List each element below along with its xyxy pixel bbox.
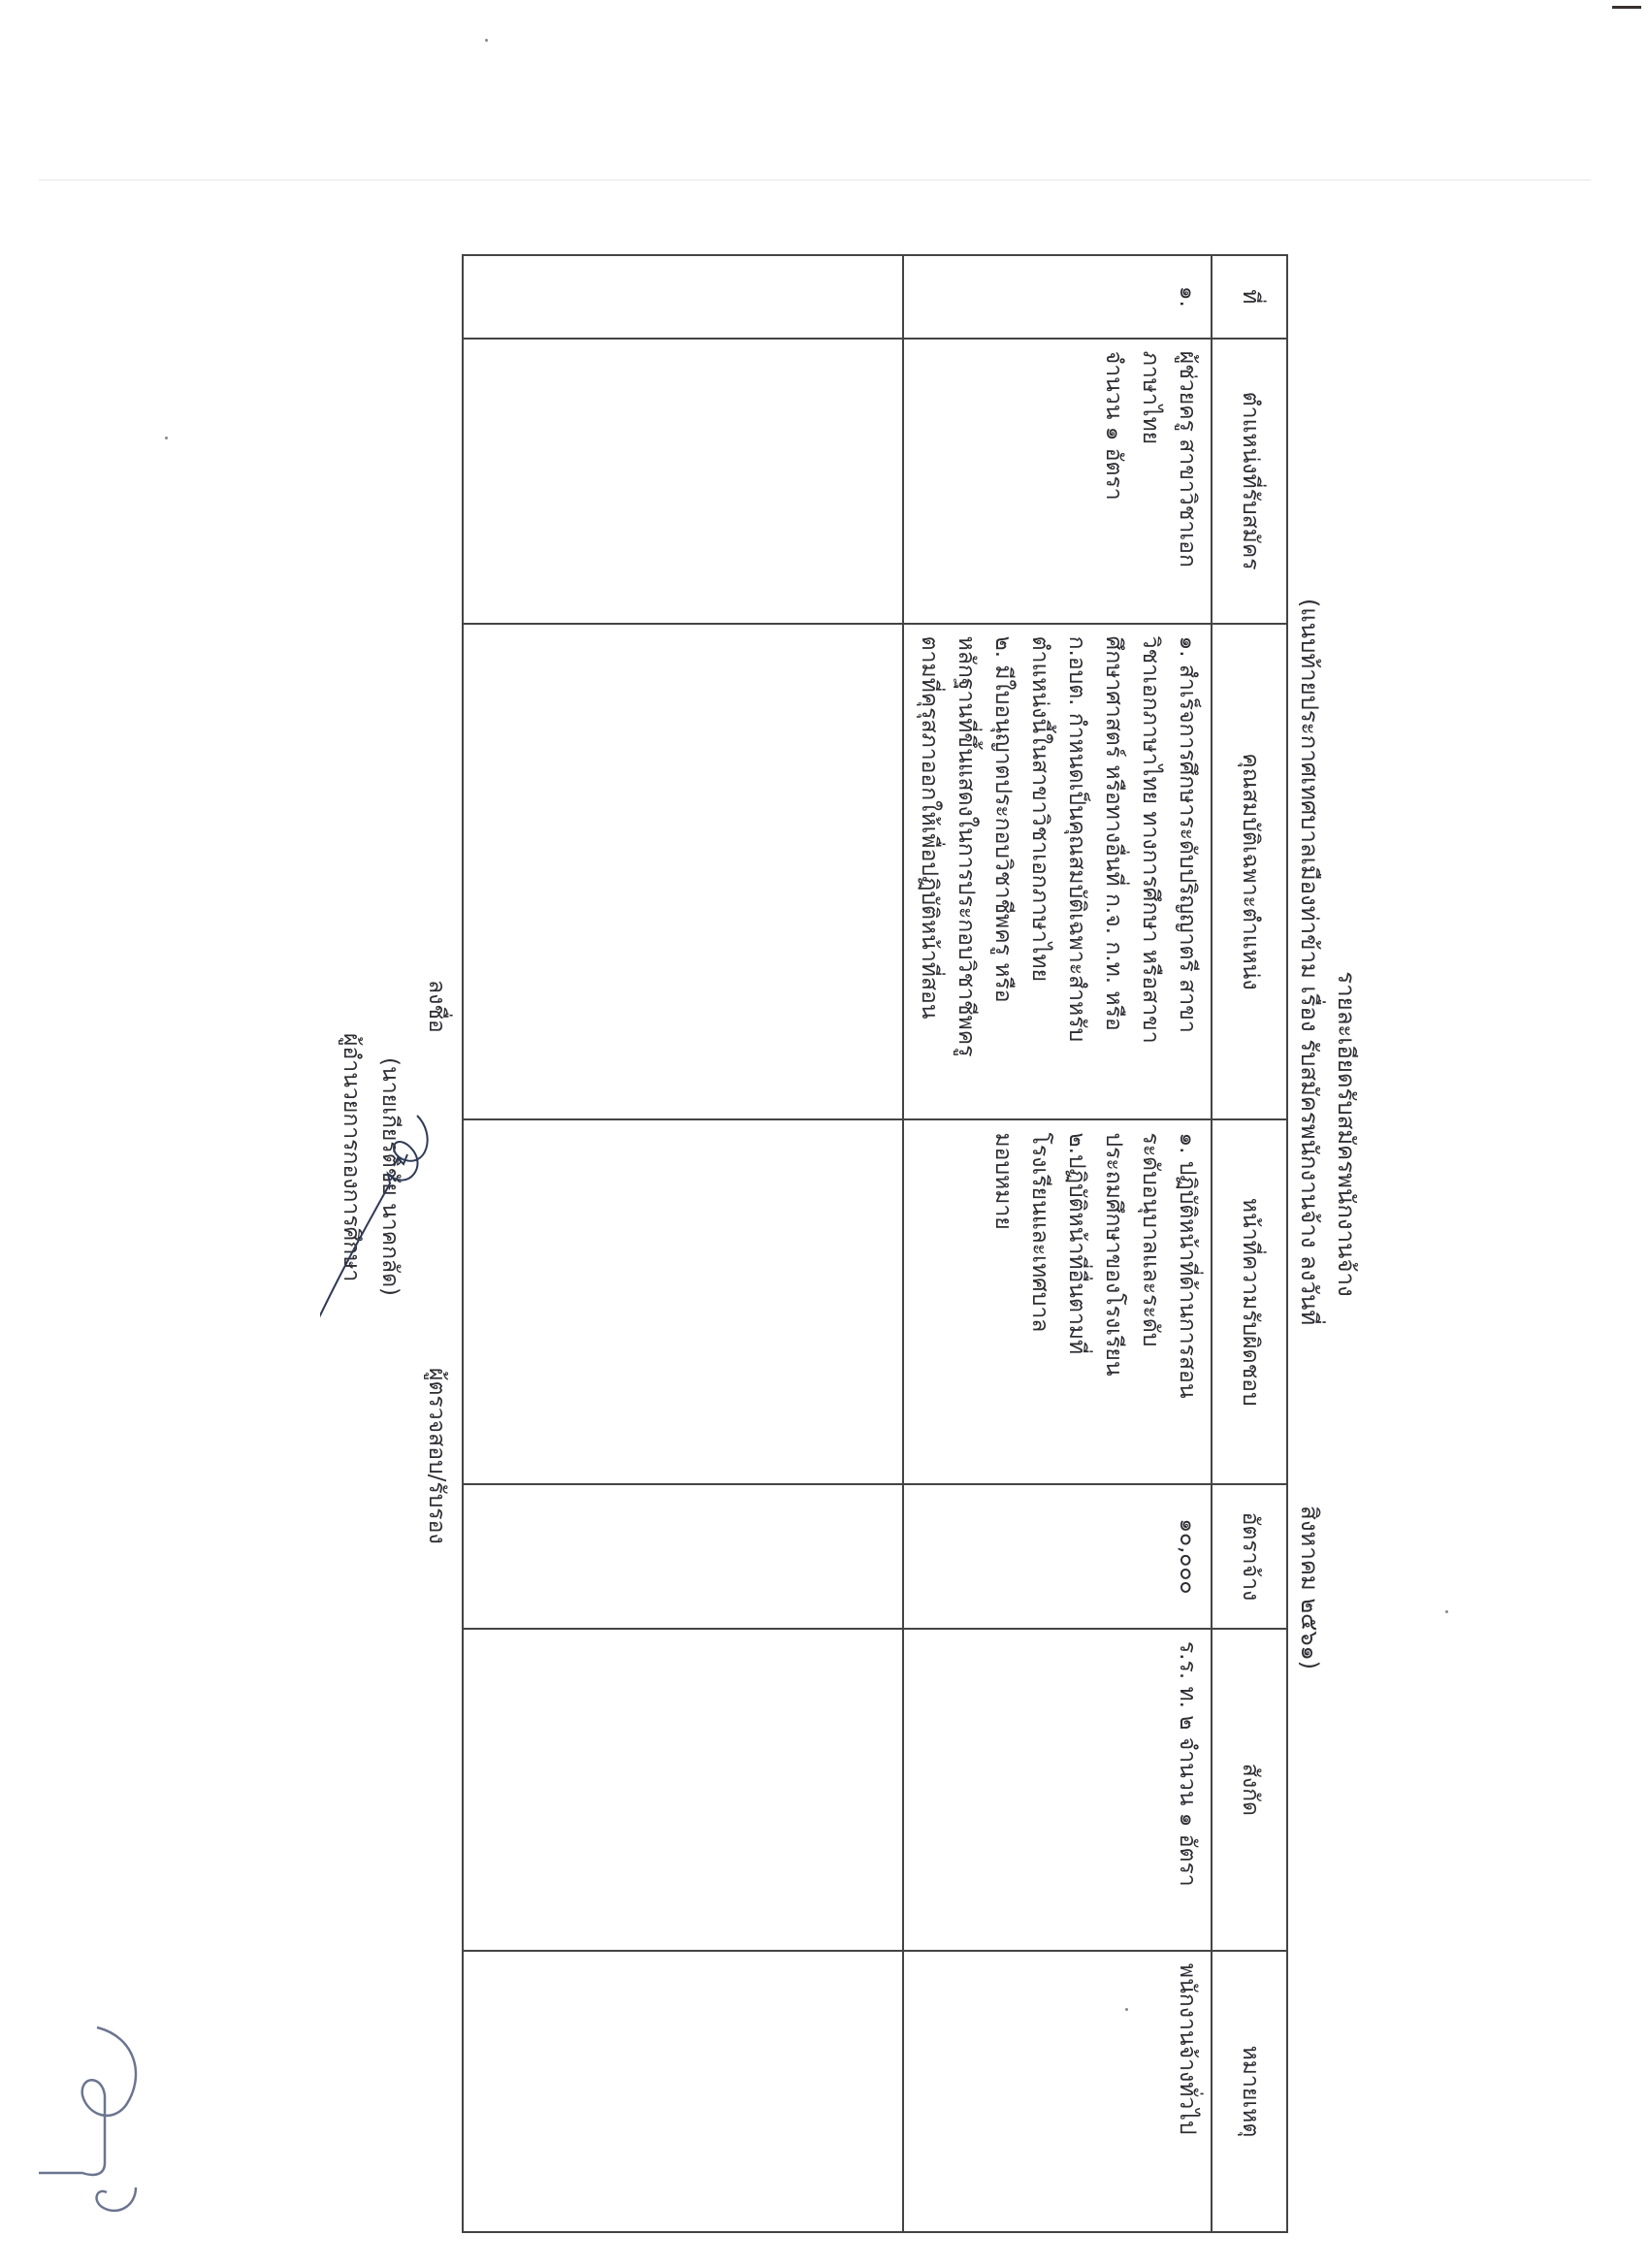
handwritten-page-mark-icon (29, 2018, 155, 2221)
header-no: ที่ (1212, 255, 1287, 339)
empty-cell (464, 1484, 904, 1629)
header-duties: หน้าที่ความรับผิดชอบ (1212, 1119, 1287, 1484)
table-row-empty (464, 255, 904, 2232)
header-wage: อัตราจ้าง (1212, 1484, 1287, 1629)
qualification-line: วิชาเอกภาษาไทย ทางการศึกษา หรือสาขา (1131, 636, 1168, 1108)
empty-cell (464, 339, 904, 624)
cell-affiliation: ร.ร. ท. ๒ จำนวน ๑ อัตรา (904, 1629, 1212, 1951)
position-line: ภาษาไทย (1131, 351, 1168, 611)
qualification-line: ตำแหน่งนี้ในสาขาวิชาเอกภาษาไทย (1020, 636, 1057, 1108)
subtitle-date: สิงหาคม ๒๕๖๑) (1296, 1506, 1323, 1669)
qualification-line: ก.อบต. กำหนดเป็นคุณสมบัติเฉพาะสำหรับ (1057, 636, 1094, 1108)
duty-line: ๑. ปฏิบัติหน้าที่ด้านการสอน (1168, 1132, 1205, 1472)
empty-cell (464, 624, 904, 1120)
qualification-line: ตามที่คุรุสภาออกให้เพื่อปฏิบัติหน้าที่สอ… (911, 636, 948, 1108)
duty-line: ๒.ปฏิบัติหน้าที่อื่นตามที่ (1057, 1132, 1094, 1472)
cell-remarks: พนักงานจ้างทั่วไป (904, 1951, 1212, 2232)
header-qualifications: คุณสมบัติเฉพาะตำแหน่ง (1212, 624, 1287, 1120)
cell-position: ผู้ช่วยครู สาขาวิชาเอก ภาษาไทย จำนวน ๑ อ… (904, 339, 1212, 624)
document-subtitle: (แนบท้ายประกาศเทศบาลเมืองท่าข้าม เรื่อง … (1291, 0, 1329, 2268)
cell-qualifications: ๑. สำเร็จการศึกษาระดับปริญญาตรี สาขา วิช… (904, 624, 1212, 1120)
cell-no: ๑. (904, 255, 1212, 339)
duty-line: ระดับอนุบาลและระดับ (1131, 1132, 1168, 1472)
header-affiliation: สังกัด (1212, 1629, 1287, 1951)
duty-line: โรงเรียนและเทศบาล (1020, 1132, 1057, 1472)
qualification-line: หลักฐานที่ขึ้นแสดงในการประกอบวิชาชีพครู (947, 636, 984, 1108)
empty-cell (464, 1629, 904, 1951)
qualification-line: ๒. มีใบอนุญาตประกอบวิชาชีพครู หรือ (984, 636, 1020, 1108)
duty-line: ประถมศึกษาของโรงเรียน (1094, 1132, 1131, 1472)
duty-line: มอบหมาย (984, 1132, 1020, 1472)
recruitment-details-table: ที่ ตำแหน่งที่รับสมัคร คุณสมบัติเฉพาะตำแ… (463, 254, 1289, 2233)
qualification-line: ศึกษาศาสตร์ หรือทางอื่นที่ ก.จ. ก.ท. หรื… (1094, 636, 1131, 1108)
empty-cell (464, 1119, 904, 1484)
empty-cell (464, 1951, 904, 2232)
document-title: รายละเอียดรับสมัครพนักงานจ้าง (1328, 0, 1366, 2268)
header-position: ตำแหน่งที่รับสมัคร (1212, 339, 1287, 624)
cell-wage: ๑๐,๐๐๐ (904, 1484, 1212, 1629)
header-remarks: หมายเหตุ (1212, 1951, 1287, 2232)
table-header-row: ที่ ตำแหน่งที่รับสมัคร คุณสมบัติเฉพาะตำแ… (1212, 255, 1287, 2232)
table-row: ๑. ผู้ช่วยครู สาขาวิชาเอก ภาษาไทย จำนวน … (904, 255, 1212, 2232)
empty-cell (464, 255, 904, 339)
rotated-document-page: รายละเอียดรับสมัครพนักงานจ้าง (แนบท้ายปร… (0, 0, 1649, 2268)
cell-duties: ๑. ปฏิบัติหน้าที่ด้านการสอน ระดับอนุบาลแ… (904, 1119, 1212, 1484)
subtitle-text: (แนบท้ายประกาศเทศบาลเมืองท่าข้าม เรื่อง … (1296, 599, 1323, 1325)
handwritten-signature-icon (320, 999, 446, 1407)
position-line: ผู้ช่วยครู สาขาวิชาเอก (1168, 351, 1205, 611)
qualification-line: ๑. สำเร็จการศึกษาระดับปริญญาตรี สาขา (1168, 636, 1205, 1108)
position-line: จำนวน ๑ อัตรา (1094, 351, 1131, 611)
